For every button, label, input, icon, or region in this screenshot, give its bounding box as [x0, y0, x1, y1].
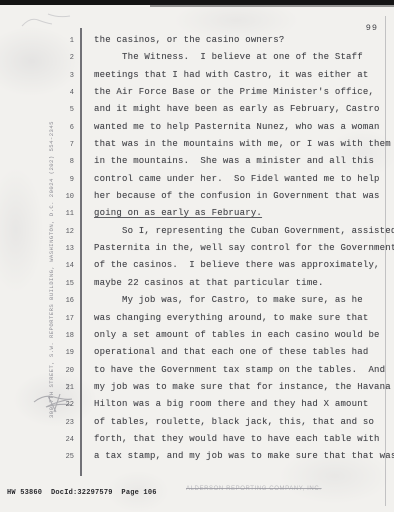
transcript-line-row: 5and it might have been as early as Febr… — [56, 104, 386, 121]
line-number: 6 — [56, 124, 74, 132]
transcript-line-text: of tables, roulette, black jack, this, t… — [74, 417, 374, 427]
transcript-line-row: 8in the mountains. She was a minister an… — [56, 156, 386, 173]
transcript-line-row: 6wanted me to help Pasternita Nunez, who… — [56, 122, 386, 139]
document-id-footer: HW 53860 DocId:32297579 Page 106 — [7, 489, 157, 497]
transcript-line-row: 15maybe 22 casinos at that particular ti… — [56, 278, 386, 295]
transcript-line-text: operational and that each one of these t… — [74, 347, 368, 357]
transcript-line-row: 9control came under her. So Fidel wanted… — [56, 174, 386, 191]
line-number: 1 — [56, 37, 74, 45]
transcript-line-text: only a set amount of tables in each casi… — [74, 330, 380, 340]
document-page: 99 300 7TH STREET, S.W. REPORTERS BUILDI… — [0, 0, 394, 512]
transcript-line-text: Hilton was a big room there and they had… — [74, 399, 368, 409]
transcript-line-text: meetings that I had with Castro, it was … — [74, 70, 368, 80]
transcript-line-text: in the mountains. She was a minister and… — [74, 156, 374, 166]
line-number: 13 — [56, 245, 74, 253]
transcript-line-row: 7that was in the mountains with me, or I… — [56, 139, 386, 156]
line-number: 23 — [56, 419, 74, 427]
transcript-line-row: 19operational and that each one of these… — [56, 347, 386, 364]
transcript-line-text: going on as early as February. — [74, 208, 262, 218]
transcript-line-text: maybe 22 casinos at that particular time… — [74, 278, 324, 288]
transcript-line-row: 22Hilton was a big room there and they h… — [56, 399, 386, 416]
line-number: 21 — [56, 384, 74, 392]
line-number: 19 — [56, 349, 74, 357]
transcript-line-row: 18only a set amount of tables in each ca… — [56, 330, 386, 347]
transcript-line-text: My job was, for Castro, to make sure, as… — [74, 295, 363, 305]
transcript-line-row: 25a tax stamp, and my job was to make su… — [56, 451, 386, 468]
transcript-line-text: So I, representing the Cuban Government,… — [74, 226, 394, 236]
transcript-body: 1the casinos, or the casino owners?2 The… — [56, 35, 386, 469]
line-number: 5 — [56, 106, 74, 114]
pencil-mark-top-icon — [18, 8, 88, 34]
transcript-line-row: 23of tables, roulette, black jack, this,… — [56, 417, 386, 434]
transcript-line-row: 20to have the Government tax stamp on th… — [56, 365, 386, 382]
page-number: 99 — [366, 23, 378, 33]
scan-edge-top-thin — [150, 5, 394, 7]
transcript-line-row: 13Pasternita in the, well say control fo… — [56, 243, 386, 260]
transcript-line-text: was changing everything around, to make … — [74, 313, 368, 323]
transcript-line-text: her because of the confusion in Governme… — [74, 191, 380, 201]
transcript-line-row: 14of the casinos. I believe there was ap… — [56, 260, 386, 277]
transcript-line-text: of the casinos. I believe there was appr… — [74, 260, 380, 270]
transcript-line-text: to have the Government tax stamp on the … — [74, 365, 385, 375]
line-number: 14 — [56, 262, 74, 270]
transcript-line-row: 1the casinos, or the casino owners? — [56, 35, 386, 52]
transcript-line-row: 21my job was to make sure that for insta… — [56, 382, 386, 399]
line-number: 7 — [56, 141, 74, 149]
line-number: 10 — [56, 193, 74, 201]
line-number: 15 — [56, 280, 74, 288]
transcript-line-row: 17was changing everything around, to mak… — [56, 313, 386, 330]
line-number: 22 — [56, 401, 74, 409]
line-number: 18 — [56, 332, 74, 340]
transcript-line-text: wanted me to help Pasternita Nunez, who … — [74, 122, 380, 132]
transcript-line-text: control came under her. So Fidel wanted … — [74, 174, 380, 184]
reporting-company-footer: ALDERSON REPORTING COMPANY, INC. — [186, 486, 322, 492]
transcript-line-text: Pasternita in the, well say control for … — [74, 243, 394, 253]
line-number: 17 — [56, 315, 74, 323]
transcript-line-row: 2 The Witness. I believe at one of the S… — [56, 52, 386, 69]
line-number: 24 — [56, 436, 74, 444]
line-number: 16 — [56, 297, 74, 305]
transcript-line-row: 4the Air Force Base or the Prime Ministe… — [56, 87, 386, 104]
transcript-line-text: a tax stamp, and my job was to make sure… — [74, 451, 394, 461]
transcript-line-row: 11going on as early as February. — [56, 208, 386, 225]
transcript-line-text: and it might have been as early as Febru… — [74, 104, 380, 114]
line-number: 20 — [56, 367, 74, 375]
line-number: 8 — [56, 158, 74, 166]
transcript-line-text: that was in the mountains with me, or I … — [74, 139, 391, 149]
transcript-line-row: 24forth, that they would have to have ea… — [56, 434, 386, 451]
transcript-line-text: the casinos, or the casino owners? — [74, 35, 284, 45]
line-number: 2 — [56, 54, 74, 62]
transcript-line-text: my job was to make sure that for instanc… — [74, 382, 391, 392]
transcript-line-row: 10her because of the confusion in Govern… — [56, 191, 386, 208]
transcript-line-text: The Witness. I believe at one of the Sta… — [74, 52, 363, 62]
transcript-line-row: 12 So I, representing the Cuban Governme… — [56, 226, 386, 243]
line-number: 9 — [56, 176, 74, 184]
transcript-line-row: 16 My job was, for Castro, to make sure,… — [56, 295, 386, 312]
line-number: 11 — [56, 210, 74, 218]
reporter-address-vertical: 300 7TH STREET, S.W. REPORTERS BUILDING,… — [48, 121, 55, 418]
transcript-line-text: forth, that they would have to have each… — [74, 434, 380, 444]
line-number: 25 — [56, 453, 74, 461]
transcript-line-text: the Air Force Base or the Prime Minister… — [74, 87, 374, 97]
line-number: 12 — [56, 228, 74, 236]
line-number: 3 — [56, 72, 74, 80]
transcript-line-row: 3meetings that I had with Castro, it was… — [56, 70, 386, 87]
line-number: 4 — [56, 89, 74, 97]
